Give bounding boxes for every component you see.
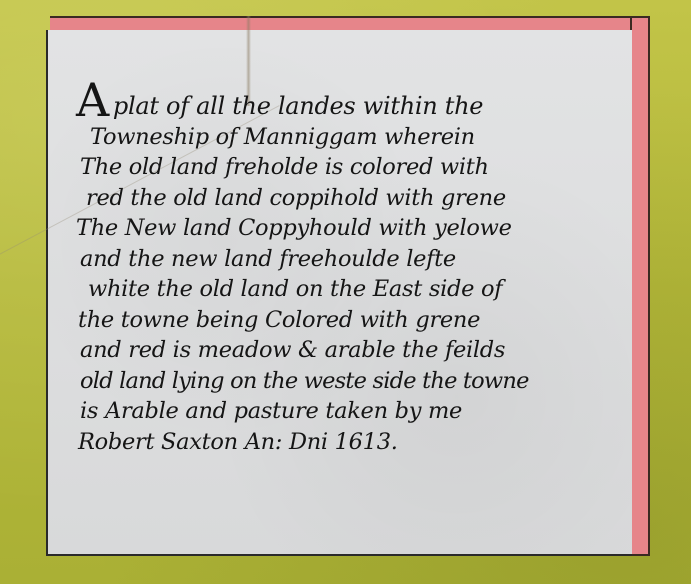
signature-line: Robert Saxton An: Dni 1613.: [76, 427, 646, 458]
inscription-line-5: The New land Coppyhould with yelowe: [76, 213, 646, 244]
inscription-line-9: and red is meadow & arable the feilds: [76, 335, 646, 366]
inscription-line-2: Towneship of Manniggam wherein: [76, 122, 646, 153]
inscription-line-7: white the old land on the East side of: [76, 274, 646, 305]
inscription-text: Aplat of all the landes within the Towne…: [76, 85, 646, 457]
inscription-line-3: The old land freholde is colored with: [76, 152, 646, 183]
cartouche-frame: Aplat of all the landes within the Towne…: [46, 16, 650, 556]
inscription-line-4: red the old land coppihold with grene: [76, 183, 646, 214]
paper-panel: Aplat of all the landes within the Towne…: [46, 30, 632, 556]
inscription-line-10: old land lying on the weste side the tow…: [76, 366, 646, 397]
inscription-line-1: Aplat of all the landes within the: [76, 85, 646, 122]
drop-cap: A: [76, 73, 109, 127]
inscription-line-8: the towne being Colored with grene: [76, 305, 646, 336]
inscription-line-11: is Arable and pasture taken by me: [76, 396, 646, 427]
inscription-line-6: and the new land freehoulde lefte: [76, 244, 646, 275]
